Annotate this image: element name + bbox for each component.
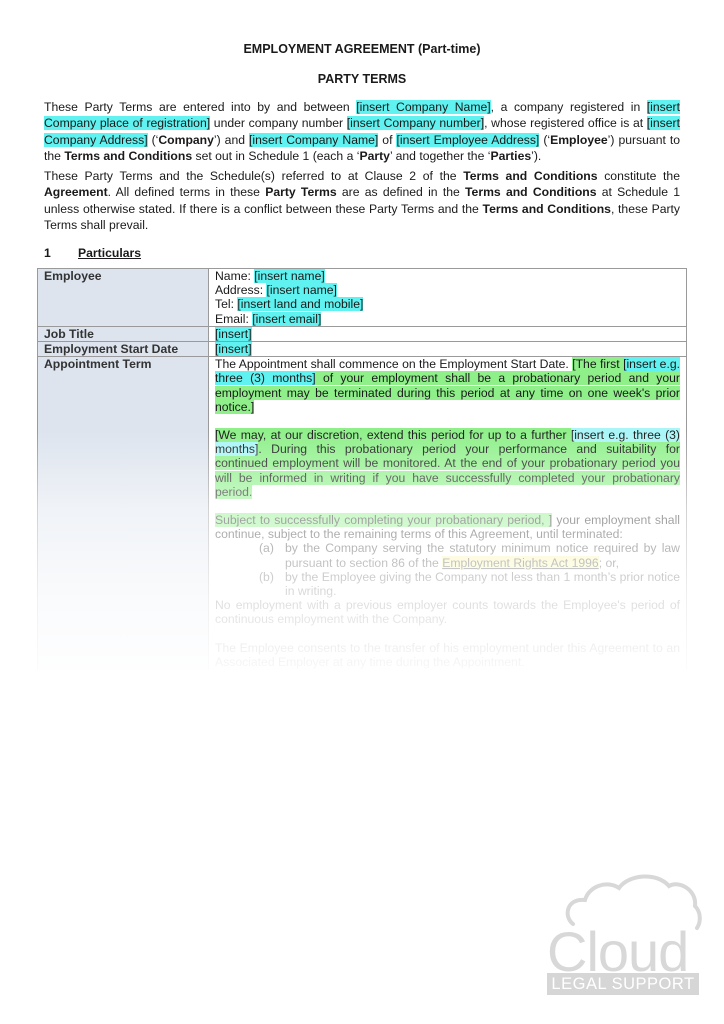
text: ’). [531,149,541,163]
list-marker: (b) [259,570,285,584]
defined-term: Agreement [44,185,108,199]
document-subtitle: PARTY TERMS [0,72,724,86]
text: set out in Schedule 1 (each a ‘ [192,149,359,163]
defined-term: Terms and Conditions [64,149,192,163]
text: under company number [210,116,347,130]
row-label: Job Title [38,326,209,341]
optional-text: [The first [572,357,623,371]
text: (‘ [148,133,159,147]
appointment-paragraph: The Employee consents to the transfer of… [215,641,680,669]
field-label: Email: [215,312,252,326]
optional-text: [We may, at our discretion, extend this … [215,428,571,442]
placeholder-company-name[interactable]: [insert Company Name] [356,100,490,114]
text: ’ and together the ‘ [390,149,491,163]
section-label: Particulars [78,246,141,260]
placeholder-employee-address[interactable]: [insert Employee Address] [396,133,539,147]
defined-term: Party Terms [265,185,336,199]
text: ’) and [214,133,249,147]
row-value: [insert] [209,326,687,341]
watermark-tagline: LEGAL SUPPORT [547,973,699,995]
row-label: Employee [38,269,209,327]
appointment-paragraph: [We may, at our discretion, extend this … [215,428,680,499]
text: . All defined terms in these [108,185,266,199]
row-label: Employment Start Date [38,342,209,357]
optional-text: . During this probationary period your p… [215,442,680,499]
document-title: EMPLOYMENT AGREEMENT (Part-time) [0,42,724,56]
field-label: Address: [215,283,266,297]
list-item: (b)by the Employee giving the Company no… [215,570,680,598]
defined-term: Terms and Conditions [463,169,597,183]
list-marker: (a) [259,541,285,555]
particulars-table: Employee Name: [insert name] Address: [i… [37,268,687,684]
placeholder-job-title[interactable]: [insert] [215,327,252,341]
defined-term: Party [359,149,390,163]
watermark-logo: Cloud LEGAL SUPPORT [545,872,705,997]
optional-text: Subject to successfully completing your … [215,513,552,527]
placeholder-company-number[interactable]: [insert Company number] [347,116,484,130]
placeholder-email[interactable]: [insert email] [252,312,321,326]
defined-term: Parties [490,149,531,163]
text: of [378,133,396,147]
row-label: Appointment Term [38,357,209,684]
text: by the Employee giving the Company not l… [285,570,680,598]
defined-term: Employee [550,133,608,147]
field-label: Name: [215,269,254,283]
field-label: Tel: [215,297,237,311]
text: These Party Terms and the Schedule(s) re… [44,169,463,183]
appointment-paragraph: Subject to successfully completing your … [215,513,680,541]
text: are as defined in the [337,185,465,199]
table-row: Appointment Term The Appointment shall c… [38,357,687,684]
act-link[interactable]: Employment Rights Act 1996 [442,556,599,570]
intro-paragraph: These Party Terms are entered into by an… [44,99,680,164]
placeholder-start-date[interactable]: [insert] [215,342,252,356]
row-value: The Appointment shall commence on the Em… [209,357,687,684]
defined-term: Company [158,133,214,147]
text: These Party Terms are entered into by an… [44,100,356,114]
table-row: Employee Name: [insert name] Address: [i… [38,269,687,327]
appointment-paragraph: The Appointment shall commence on the Em… [215,357,680,414]
document-page: EMPLOYMENT AGREEMENT (Part-time) PARTY T… [0,0,724,1024]
section-heading: 1Particulars [44,246,141,260]
row-value: [insert] [209,342,687,357]
placeholder-employee-name[interactable]: [insert Company Name] [249,133,378,147]
defined-term: Terms and Conditions [483,202,611,216]
text: ; or, [599,556,619,570]
text: (‘ [539,133,550,147]
table-row: Employment Start Date [insert] [38,342,687,357]
agreement-paragraph: These Party Terms and the Schedule(s) re… [44,168,680,233]
table-row: Job Title [insert] [38,326,687,341]
section-number: 1 [44,246,78,260]
text: , a company registered in [491,100,647,114]
placeholder-tel[interactable]: [insert land and mobile] [237,297,363,311]
text: The Appointment shall commence on the Em… [215,357,572,371]
text: , whose registered office is at [484,116,647,130]
appointment-paragraph: No employment with a previous employer c… [215,598,680,626]
defined-term: Terms and Conditions [465,185,596,199]
placeholder-name[interactable]: [insert name] [254,269,324,283]
list-item: (a)by the Company serving the statutory … [215,541,680,569]
row-value: Name: [insert name] Address: [insert nam… [209,269,687,327]
text: constitute the [598,169,680,183]
placeholder-address[interactable]: [insert name] [266,283,336,297]
